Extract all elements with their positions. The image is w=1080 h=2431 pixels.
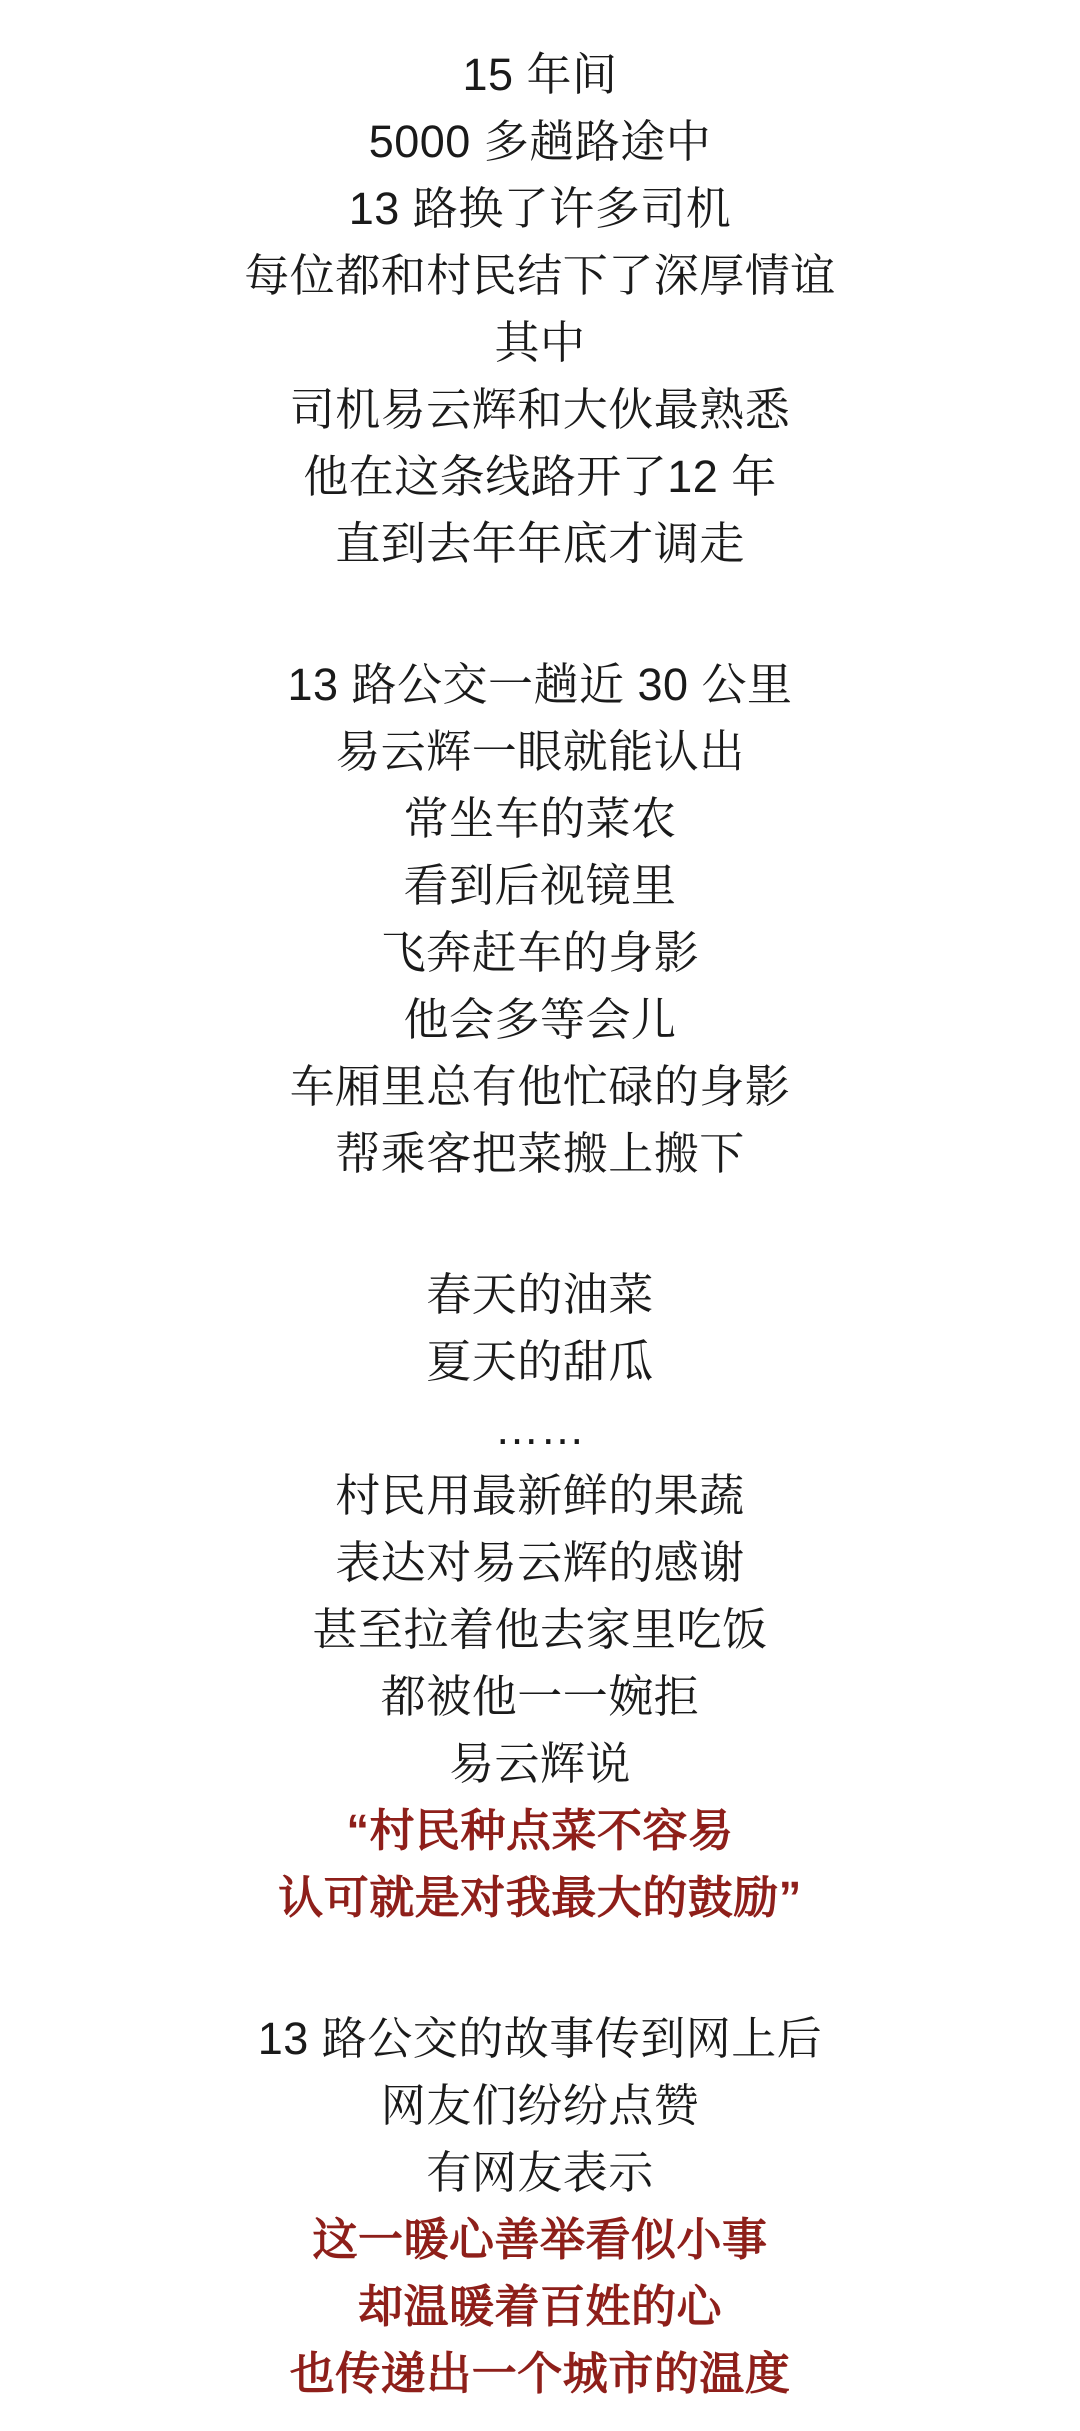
article-line-emphasis: 却温暖着百姓的心 [0, 2273, 1080, 2340]
article-line: 常坐车的菜农 [0, 785, 1080, 852]
article-line: 13 路公交一趟近 30 公里 [0, 651, 1080, 718]
article-line: 有网友表示 [0, 2139, 1080, 2206]
article-line: 13 路公交的故事传到网上后 [0, 2005, 1080, 2072]
article-line: 15 年间 [0, 41, 1080, 108]
article-line: 直到去年年底才调走 [0, 510, 1080, 577]
article-line: 甚至拉着他去家里吃饭 [0, 1596, 1080, 1663]
article-line: 13 路换了许多司机 [0, 175, 1080, 242]
article-line: 村民用最新鲜的果蔬 [0, 1462, 1080, 1529]
article-line: 春天的油菜 [0, 1261, 1080, 1328]
article-line-emphasis: 这一暖心善举看似小事 [0, 2206, 1080, 2273]
article-line: 司机易云辉和大伙最熟悉 [0, 376, 1080, 443]
article-line: 易云辉说 [0, 1730, 1080, 1797]
article-line: 看到后视镜里 [0, 852, 1080, 919]
article-line: 表达对易云辉的感谢 [0, 1529, 1080, 1596]
article-line: 帮乘客把菜搬上搬下 [0, 1120, 1080, 1187]
article-line: 每位都和村民结下了深厚情谊 [0, 242, 1080, 309]
article-line: 都被他一一婉拒 [0, 1663, 1080, 1730]
paragraph-1: 15 年间 5000 多趟路途中 13 路换了许多司机 每位都和村民结下了深厚情… [0, 41, 1080, 577]
article-line: 网友们纷纷点赞 [0, 2072, 1080, 2139]
article-line-quote-emphasis: “村民种点菜不容易 [0, 1797, 1080, 1864]
article-line-quote-emphasis: 认可就是对我最大的鼓励” [0, 1864, 1080, 1931]
paragraph-2: 13 路公交一趟近 30 公里 易云辉一眼就能认出 常坐车的菜农 看到后视镜里 … [0, 651, 1080, 1187]
article-line: 他会多等会儿 [0, 986, 1080, 1053]
article-line: 易云辉一眼就能认出 [0, 718, 1080, 785]
article-line: 飞奔赶车的身影 [0, 919, 1080, 986]
article-line-emphasis: 也传递出一个城市的温度 [0, 2340, 1080, 2407]
article-body: 15 年间 5000 多趟路途中 13 路换了许多司机 每位都和村民结下了深厚情… [0, 0, 1080, 2407]
article-line: 其中 [0, 309, 1080, 376]
article-line: 他在这条线路开了12 年 [0, 443, 1080, 510]
paragraph-3: 春天的油菜 夏天的甜瓜 …… 村民用最新鲜的果蔬 表达对易云辉的感谢 甚至拉着他… [0, 1261, 1080, 1931]
article-line: 夏天的甜瓜 [0, 1328, 1080, 1395]
article-line: 5000 多趟路途中 [0, 108, 1080, 175]
article-line ellipsis-line: …… [0, 1395, 1080, 1462]
paragraph-4: 13 路公交的故事传到网上后 网友们纷纷点赞 有网友表示 这一暖心善举看似小事 … [0, 2005, 1080, 2407]
article-line: 车厢里总有他忙碌的身影 [0, 1053, 1080, 1120]
